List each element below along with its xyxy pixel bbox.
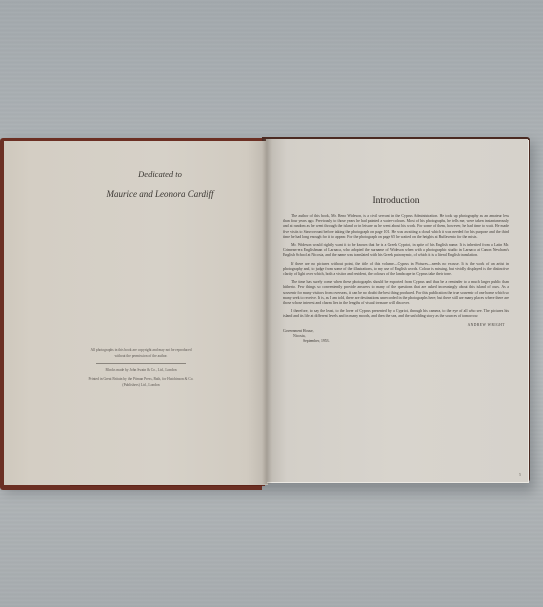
imprint-divider — [96, 363, 186, 364]
book-gutter — [262, 139, 272, 484]
blocks-credit: Blocks made by John Swain & Co., Ltd., L… — [88, 367, 194, 373]
intro-paragraph: The author of this book, Mr. Reno Wideso… — [283, 214, 509, 240]
intro-paragraph: The time has surely come when these phot… — [283, 280, 509, 306]
page-number: 5 — [519, 472, 521, 477]
place-line-3: September, 1953. — [283, 339, 509, 344]
author-signature: ANDREW WRIGHT — [283, 323, 505, 327]
imprint: All photographs in this book are copyrig… — [88, 347, 194, 391]
copyright-notice: All photographs in this book are copyrig… — [88, 347, 194, 359]
intro-paragraph: Mr. Wideson would rightly want it to be … — [283, 243, 509, 259]
dedication: Dedicated to Maurice and Leonora Cardiff — [60, 164, 260, 204]
printer-credit: Printed in Great Britain by the Pitman P… — [88, 376, 194, 388]
dedication-line-2: Maurice and Leonora Cardiff — [60, 184, 260, 204]
introduction-title: Introduction — [283, 196, 509, 206]
intro-paragraph: I therefore, to say the least, to the lo… — [283, 309, 509, 319]
introduction: Introduction The author of this book, Mr… — [283, 196, 509, 345]
intro-paragraph: If there are no pictures without point, … — [283, 262, 509, 278]
place-and-date: Government House, Nicosia, September, 19… — [283, 329, 509, 345]
dedication-line-1: Dedicated to — [60, 164, 260, 184]
